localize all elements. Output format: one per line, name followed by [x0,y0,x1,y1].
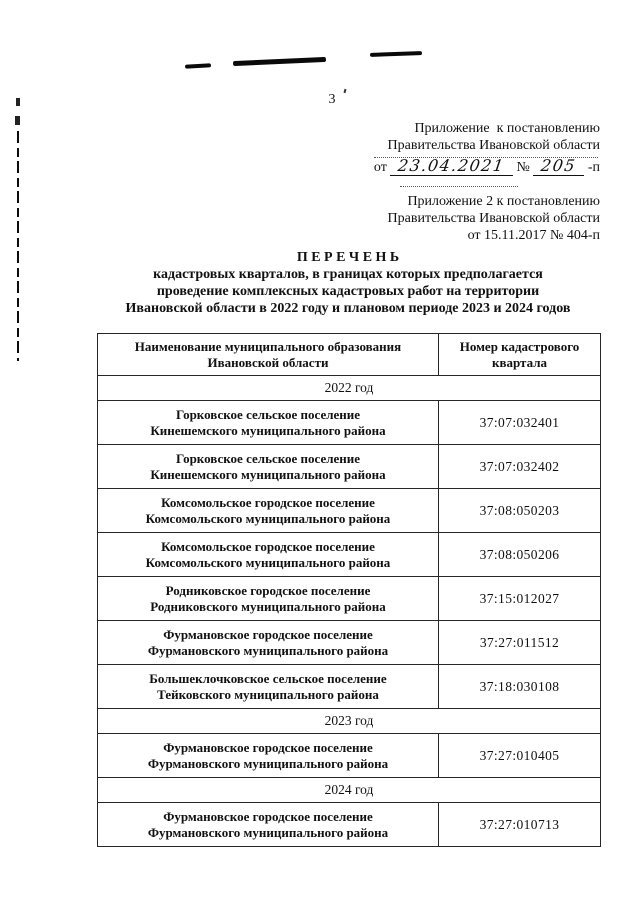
table-header-row: Наименование муниципального образования … [98,334,601,376]
quarter-number-cell: 37:27:010405 [439,734,601,778]
appendix-1-block: Приложение к постановлению Правительства… [374,120,600,177]
scan-smudge-mark [370,51,422,57]
quarter-number-cell: 37:08:050203 [439,489,601,533]
decree-date-line: от 23.04.2021 № 205 -п [374,157,600,177]
year-section-row: 2023 год [98,709,601,734]
table-row: Фурмановское городское поселение Фурмано… [98,803,601,847]
scan-edge-mark [16,98,20,106]
table-row: Горковское сельское поселение Кинешемско… [98,445,601,489]
quarter-number-cell: 37:18:030108 [439,665,601,709]
municipality-line2: Фурмановского муниципального района [148,756,388,771]
year-section-row: 2024 год [98,778,601,803]
municipality-line1: Фурмановское городское поселение [163,740,373,755]
handwritten-date: 23.04.2021 [389,157,514,175]
appendix-1-line1: Приложение к постановлению [374,120,600,137]
table-row: Комсомольское городское поселение Комсом… [98,533,601,577]
municipality-cell: Родниковское городское поселение Роднико… [98,577,439,621]
table-row: Фурмановское городское поселение Фурмано… [98,621,601,665]
scan-edge-mark [15,116,20,125]
year-label: 2022 год [98,376,601,401]
scan-smudge-mark [233,57,326,66]
handwritten-number: 205 [532,157,586,175]
appendix-2-line3: от 15.11.2017 № 404-п [388,227,600,244]
municipality-line2: Тейковского муниципального района [157,687,379,702]
quarter-number-cell: 37:07:032402 [439,445,601,489]
year-label: 2024 год [98,778,601,803]
table-row: Фурмановское городское поселение Фурмано… [98,734,601,778]
header-quarter-line2: квартала [492,355,547,370]
scan-fold-line [17,131,19,361]
header-quarter-number: Номер кадастрового квартала [439,334,601,376]
table-row: Большеклочковское сельское поселение Тей… [98,665,601,709]
quarter-number-cell: 37:15:012027 [439,577,601,621]
title-line2: кадастровых кварталов, в границах которы… [58,266,638,283]
municipality-line1: Комсомольское городское поселение [161,539,375,554]
appendix-1-line2: Правительства Ивановской области [374,137,600,154]
municipality-cell: Комсомольское городское поселение Комсом… [98,533,439,577]
municipality-line1: Большеклочковское сельское поселение [149,671,386,686]
municipality-line2: Фурмановского муниципального района [148,643,388,658]
title-line3: проведение комплексных кадастровых работ… [58,283,638,300]
municipality-line1: Фурмановское городское поселение [163,627,373,642]
municipality-cell: Большеклочковское сельское поселение Тей… [98,665,439,709]
document-title: П Е Р Е Ч Е Н Ь кадастровых кварталов, в… [58,249,638,317]
header-municipality-line2: Ивановской области [208,355,329,370]
municipality-cell: Комсомольское городское поселение Комсом… [98,489,439,533]
scan-smudge-mark [185,63,211,68]
municipality-cell: Фурмановское городское поселение Фурмано… [98,734,439,778]
year-label: 2023 год [98,709,601,734]
header-quarter-line1: Номер кадастрового [460,339,580,354]
table-row: Родниковское городское поселение Роднико… [98,577,601,621]
quarter-number-cell: 37:07:032401 [439,401,601,445]
cadastral-table: Наименование муниципального образования … [97,333,601,847]
quarter-number-cell: 37:27:011512 [439,621,601,665]
appendix-2-line2: Правительства Ивановской области [388,210,600,227]
quarter-number-cell: 37:08:050206 [439,533,601,577]
municipality-line2: Кинешемского муниципального района [150,467,385,482]
municipality-line2: Фурмановского муниципального района [148,825,388,840]
municipality-line1: Родниковское городское поселение [166,583,371,598]
header-municipality: Наименование муниципального образования … [98,334,439,376]
appendix-2-block: Приложение 2 к постановлению Правительст… [388,193,600,244]
municipality-cell: Горковское сельское поселение Кинешемско… [98,445,439,489]
municipality-line2: Родниковского муниципального района [150,599,386,614]
municipality-line1: Фурмановское городское поселение [163,809,373,824]
municipality-line2: Кинешемского муниципального района [150,423,385,438]
quarter-number-cell: 37:27:010713 [439,803,601,847]
table-row: Комсомольское городское поселение Комсом… [98,489,601,533]
municipality-line1: Горковское сельское поселение [176,451,360,466]
page-number: 3 [320,92,344,108]
table-row: Горковское сельское поселение Кинешемско… [98,401,601,445]
decree-suffix: -п [588,160,600,175]
municipality-cell: Фурмановское городское поселение Фурмано… [98,621,439,665]
municipality-cell: Горковское сельское поселение Кинешемско… [98,401,439,445]
municipality-cell: Фурмановское городское поселение Фурмано… [98,803,439,847]
dotted-line-artifact [400,186,518,187]
header-municipality-line1: Наименование муниципального образования [135,339,401,354]
municipality-line1: Комсомольское городское поселение [161,495,375,510]
title-line4: Ивановской области в 2022 году и планово… [58,300,638,317]
date-prefix: от [374,160,387,175]
appendix-2-line1: Приложение 2 к постановлению [388,193,600,210]
municipality-line2: Комсомольского муниципального района [146,511,391,526]
title-heading: П Е Р Е Ч Е Н Ь [58,249,638,266]
year-section-row: 2022 год [98,376,601,401]
municipality-line1: Горковское сельское поселение [176,407,360,422]
number-sign: № [516,160,529,175]
municipality-line2: Комсомольского муниципального района [146,555,391,570]
